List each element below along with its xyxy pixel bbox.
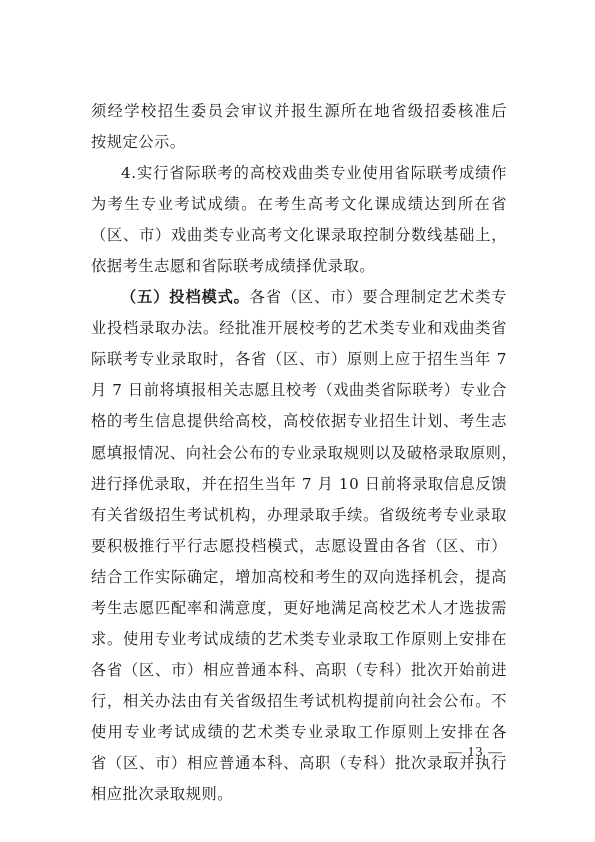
text-line: 愿填报情况、向社会公布的专业录取规则以及破格录取原则， xyxy=(91,438,507,469)
text-line: 结合工作实际确定，增加高校和考生的双向选择机会，提高 xyxy=(91,562,507,593)
text-line: 考生志愿匹配率和满意度，更好地满足高校艺术人才选拔需 xyxy=(91,593,507,624)
text-span: 各省（区、市）要合理制定艺术类专 xyxy=(250,288,507,306)
text-line: 4.实行省际联考的高校戏曲类专业使用省际联考成绩作 xyxy=(91,158,507,189)
section-heading: （五）投档模式。 xyxy=(121,288,250,306)
text-line: 各省（区、市）相应普通本科、高职（专科）批次开始前进 xyxy=(91,655,507,686)
page-number: — 13 — xyxy=(448,745,503,761)
text-line: 使用专业考试成绩的艺术类专业录取工作原则上安排在各 xyxy=(91,717,507,748)
text-line: 须经学校招生委员会审议并报生源所在地省级招委核准后 xyxy=(91,96,507,127)
body-text: 须经学校招生委员会审议并报生源所在地省级招委核准后 按规定公示。 4.实行省际联… xyxy=(91,96,507,810)
document-page: 须经学校招生委员会审议并报生源所在地省级招委核准后 按规定公示。 4.实行省际联… xyxy=(0,0,595,842)
text-line: 有关省级招生考试机构，办理录取手续。省级统考专业录取 xyxy=(91,500,507,531)
text-line: 行，相关办法由有关省级招生考试机构提前向社会公布。不 xyxy=(91,686,507,717)
text-line: 月 7 日前将填报相关志愿且校考（戏曲类省际联考）专业合 xyxy=(91,375,507,406)
text-line: 要积极推行平行志愿投档模式，志愿设置由各省（区、市） xyxy=(91,531,507,562)
text-line: 求。使用专业考试成绩的艺术类专业录取工作原则上安排在 xyxy=(91,624,507,655)
text-line: 为考生专业考试成绩。在考生高考文化课成绩达到所在省 xyxy=(91,189,507,220)
text-line: （区、市）戏曲类专业高考文化课录取控制分数线基础上， xyxy=(91,220,507,251)
text-line: 格的考生信息提供给高校，高校依据专业招生计划、考生志 xyxy=(91,406,507,437)
text-line: 依据考生志愿和省际联考成绩择优录取。 xyxy=(91,251,507,282)
text-line: 际联考专业录取时，各省（区、市）原则上应于招生当年 7 xyxy=(91,344,507,375)
text-line: （五）投档模式。各省（区、市）要合理制定艺术类专 xyxy=(91,282,507,313)
text-line: 按规定公示。 xyxy=(91,127,507,158)
text-line: 进行择优录取，并在招生当年 7 月 10 日前将录取信息反馈 xyxy=(91,469,507,500)
text-line: 业投档录取办法。经批准开展校考的艺术类专业和戏曲类省 xyxy=(91,313,507,344)
text-line: 省（区、市）相应普通本科、高职（专科）批次录取并执行 xyxy=(91,748,507,779)
text-line: 相应批次录取规则。 xyxy=(91,779,507,810)
